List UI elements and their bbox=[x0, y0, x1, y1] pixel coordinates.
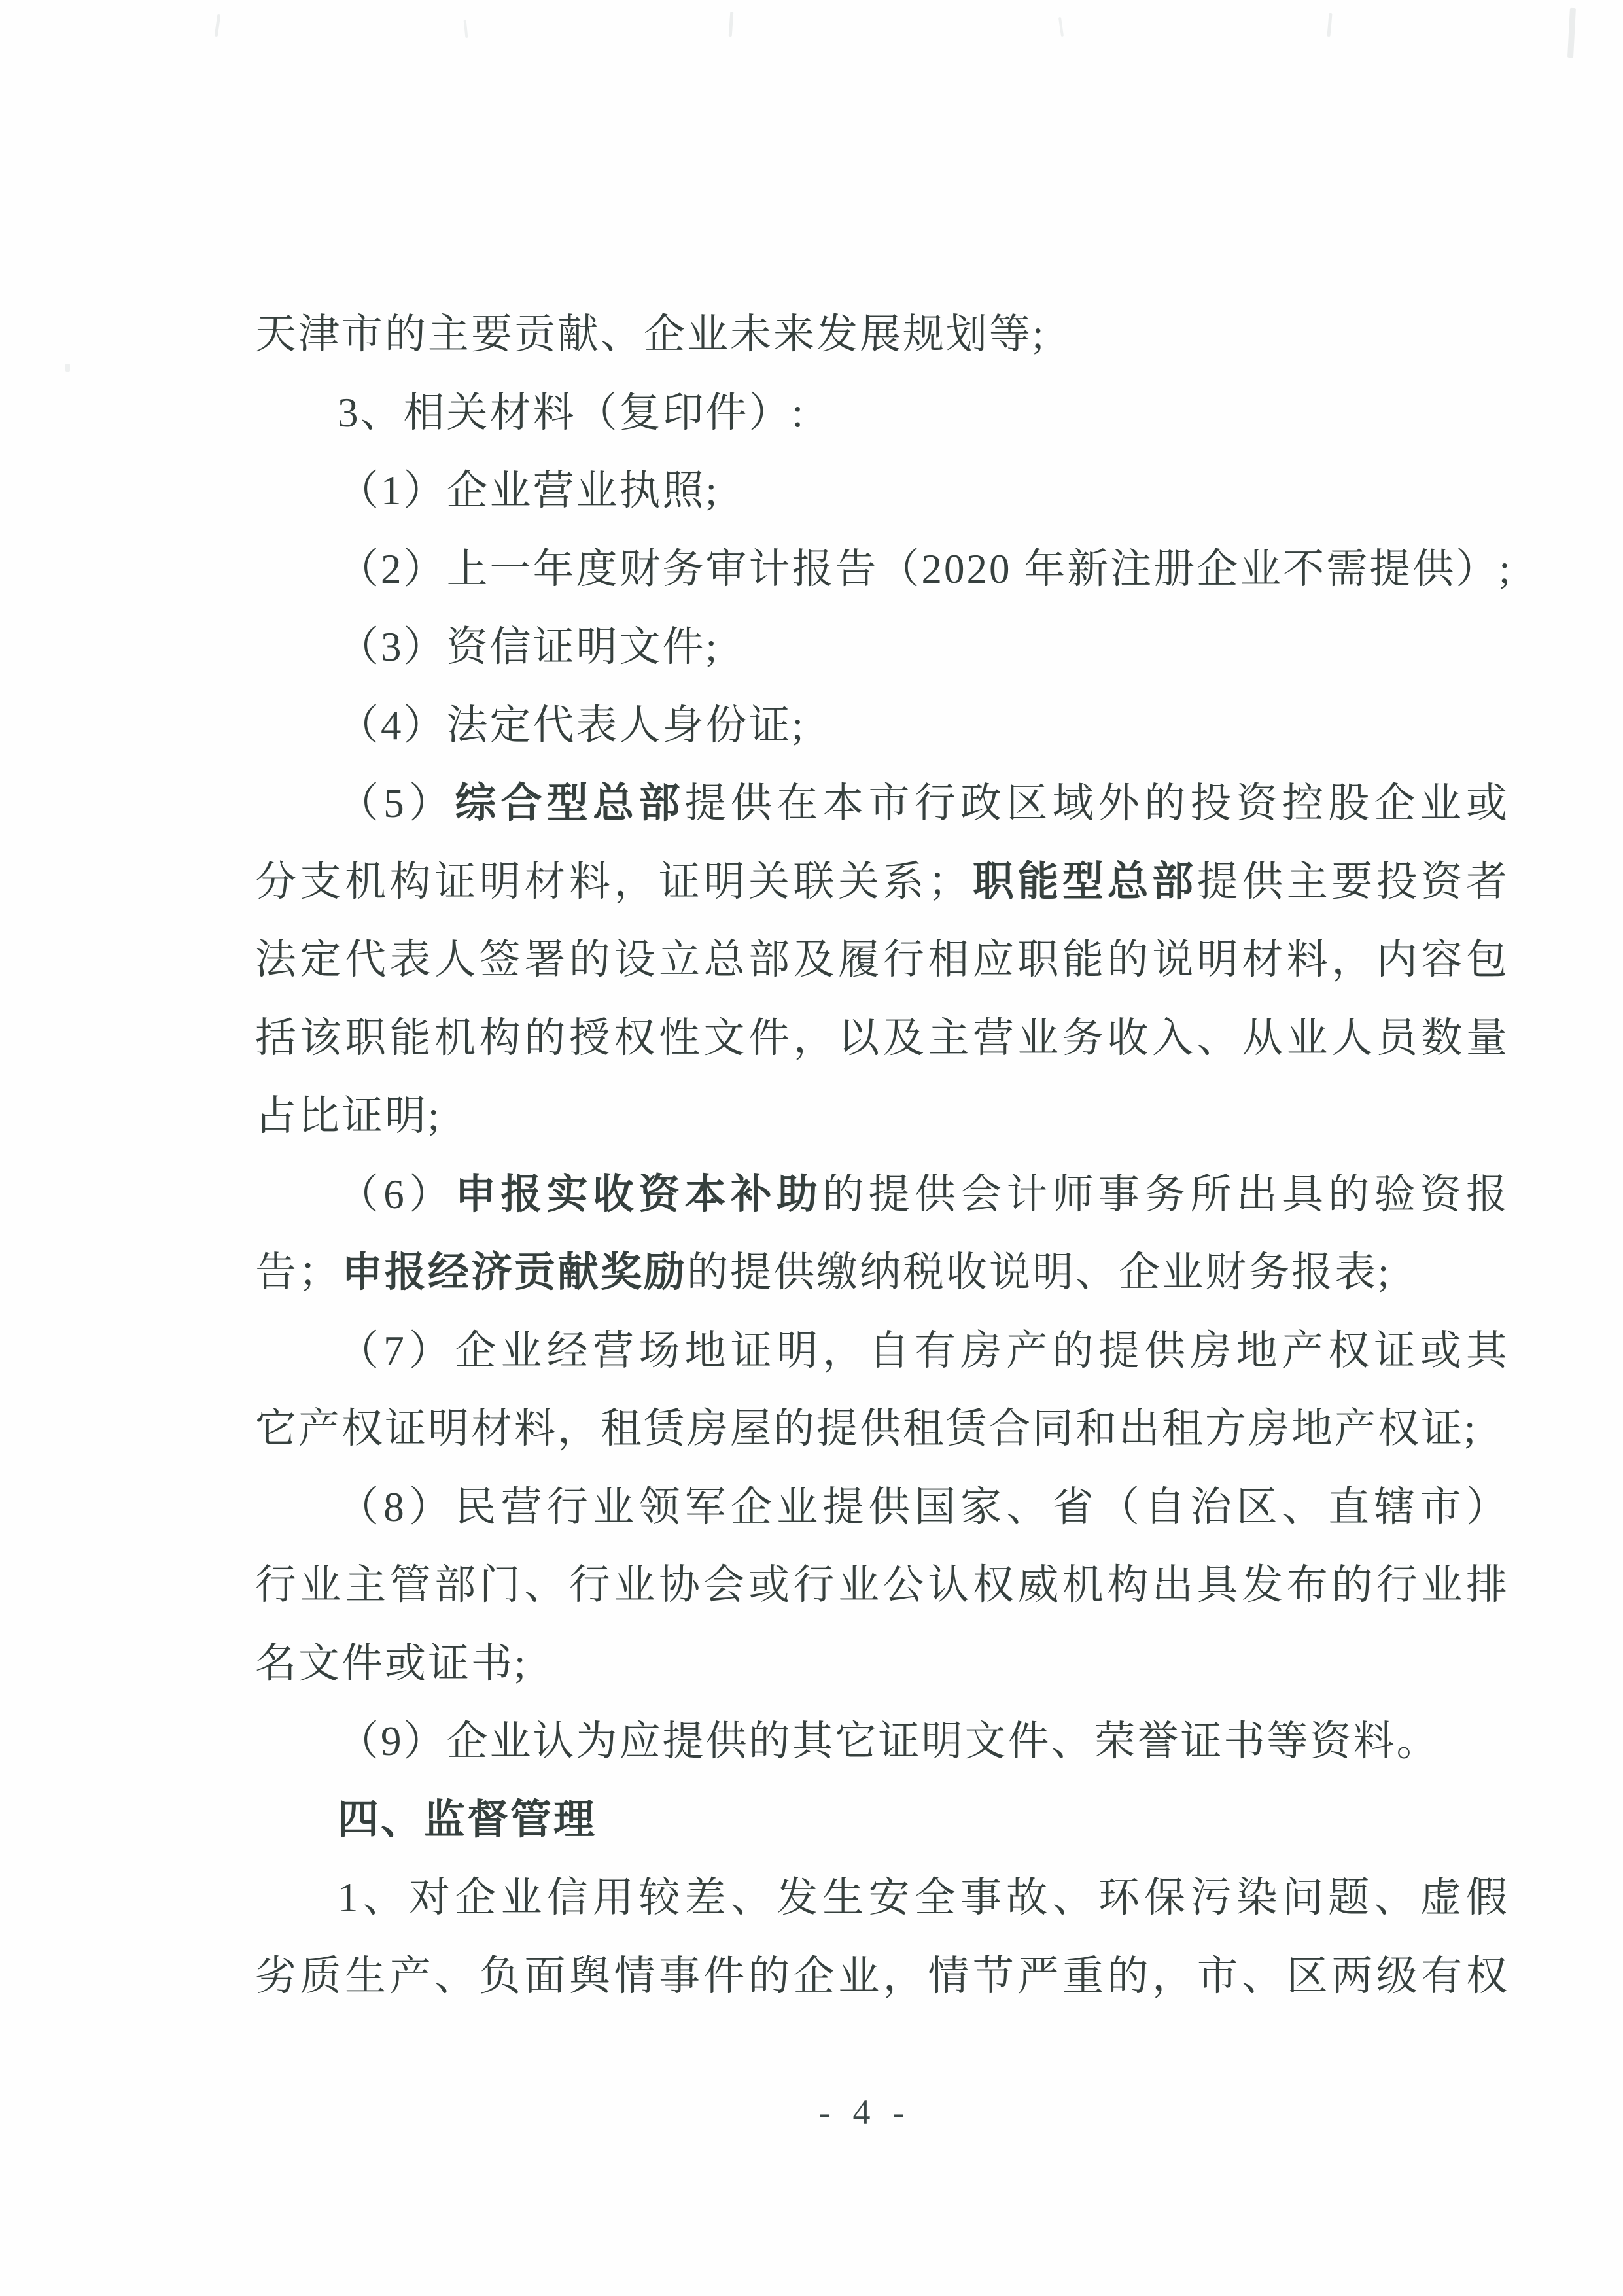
text-run: 分支机构证明材料，证明关联关系； bbox=[255, 859, 969, 905]
scan-artifact bbox=[1058, 17, 1064, 37]
text-run: 名文件或证书; bbox=[255, 1641, 528, 1686]
text-run: （6） bbox=[338, 1172, 455, 1217]
scan-artifact bbox=[1327, 13, 1332, 37]
text-line: （3）资信证明文件; bbox=[255, 608, 1507, 687]
document-body: 天津市的主要贡献、企业未来发展规划等;3、相关材料（复印件）:（1）企业营业执照… bbox=[255, 296, 1507, 2015]
text-run: （7）企业经营场地证明，自有房产的提供房地产权证或其 bbox=[338, 1328, 1507, 1374]
text-run: 括该职能机构的授权性文件，以及主营业务收入、从业人员数量 bbox=[255, 1015, 1507, 1061]
scan-artifact bbox=[215, 14, 221, 37]
text-line: （6）申报实收资本补助的提供会计师事务所出具的验资报 bbox=[255, 1156, 1507, 1234]
text-run: （2）上一年度财务审计报告（2020 年新注册企业不需提供）; bbox=[338, 546, 1512, 592]
scan-artifact bbox=[464, 20, 468, 38]
text-line: （4）法定代表人身份证; bbox=[255, 687, 1507, 765]
text-run: 告； bbox=[255, 1249, 341, 1295]
text-line: （8）民营行业领军企业提供国家、省（自治区、直辖市） bbox=[255, 1469, 1507, 1547]
page-number: - 4 - bbox=[819, 2092, 911, 2132]
document-page: 天津市的主要贡献、企业未来发展规划等;3、相关材料（复印件）:（1）企业营业执照… bbox=[0, 0, 1623, 2296]
text-line: （1）企业营业执照; bbox=[255, 452, 1507, 531]
text-run: （1）企业营业执照; bbox=[338, 468, 719, 513]
bold-text-run: 职能型总部 bbox=[969, 859, 1196, 905]
text-run: 行业主管部门、行业协会或行业公认权威机构出具发布的行业排 bbox=[255, 1562, 1507, 1608]
text-run: 劣质生产、负面舆情事件的企业，情节严重的，市、区两级有权 bbox=[255, 1953, 1507, 1999]
text-run: （9）企业认为应提供的其它证明文件、荣誉证书等资料。 bbox=[338, 1718, 1440, 1764]
text-run: （5） bbox=[338, 780, 455, 826]
text-run: 的提供会计师事务所出具的验资报 bbox=[822, 1172, 1507, 1217]
text-run: 占比证明; bbox=[255, 1093, 442, 1139]
text-run: 3、相关材料（复印件）: bbox=[338, 390, 805, 436]
bold-text-run: 四、监督管理 bbox=[338, 1797, 597, 1843]
bold-text-run: 申报经济贡献奖励 bbox=[341, 1249, 687, 1295]
text-run: 1、对企业信用较差、发生安全事故、环保污染问题、虚假 bbox=[338, 1875, 1507, 1921]
text-run: 法定代表人签署的设立总部及履行相应职能的说明材料，内容包 bbox=[255, 937, 1507, 983]
text-line: 括该职能机构的授权性文件，以及主营业务收入、从业人员数量 bbox=[255, 1000, 1507, 1078]
text-line: 天津市的主要贡献、企业未来发展规划等; bbox=[255, 296, 1507, 374]
text-line: 行业主管部门、行业协会或行业公认权威机构出具发布的行业排 bbox=[255, 1546, 1507, 1625]
text-line: 分支机构证明材料，证明关联关系；职能型总部提供主要投资者 bbox=[255, 843, 1507, 922]
scan-artifact bbox=[1567, 8, 1576, 58]
text-line: 1、对企业信用较差、发生安全事故、环保污染问题、虚假 bbox=[255, 1859, 1507, 1938]
text-line: 占比证明; bbox=[255, 1077, 1507, 1156]
text-line: 告；申报经济贡献奖励的提供缴纳税收说明、企业财务报表; bbox=[255, 1234, 1507, 1312]
text-run: （4）法定代表人身份证; bbox=[338, 703, 805, 748]
text-line: （5）综合型总部提供在本市行政区域外的投资控股企业或 bbox=[255, 765, 1507, 843]
text-line: 3、相关材料（复印件）: bbox=[255, 374, 1507, 453]
bold-text-run: 申报实收资本补助 bbox=[455, 1172, 822, 1217]
text-run: 它产权证明材料，租赁房屋的提供租赁合同和出租方房地产权证; bbox=[255, 1406, 1478, 1452]
text-run: （8）民营行业领军企业提供国家、省（自治区、直辖市） bbox=[338, 1484, 1507, 1530]
text-line: 劣质生产、负面舆情事件的企业，情节严重的，市、区两级有权 bbox=[255, 1938, 1507, 2016]
scan-artifact bbox=[65, 364, 70, 372]
text-run: 提供主要投资者 bbox=[1197, 859, 1507, 905]
text-run: （3）资信证明文件; bbox=[338, 624, 719, 670]
text-line: （9）企业认为应提供的其它证明文件、荣誉证书等资料。 bbox=[255, 1703, 1507, 1781]
bold-text-run: 综合型总部 bbox=[455, 780, 684, 826]
text-line: 名文件或证书; bbox=[255, 1625, 1507, 1703]
text-run: 天津市的主要贡献、企业未来发展规划等; bbox=[255, 311, 1046, 357]
text-run: 提供在本市行政区域外的投资控股企业或 bbox=[685, 780, 1507, 826]
text-line: 四、监督管理 bbox=[255, 1781, 1507, 1860]
text-line: 法定代表人签署的设立总部及履行相应职能的说明材料，内容包 bbox=[255, 921, 1507, 1000]
text-line: （7）企业经营场地证明，自有房产的提供房地产权证或其 bbox=[255, 1312, 1507, 1391]
scan-artifact bbox=[729, 12, 734, 37]
text-line: （2）上一年度财务审计报告（2020 年新注册企业不需提供）; bbox=[255, 531, 1507, 609]
text-line: 它产权证明材料，租赁房屋的提供租赁合同和出租方房地产权证; bbox=[255, 1390, 1507, 1469]
text-run: 的提供缴纳税收说明、企业财务报表; bbox=[687, 1249, 1391, 1295]
